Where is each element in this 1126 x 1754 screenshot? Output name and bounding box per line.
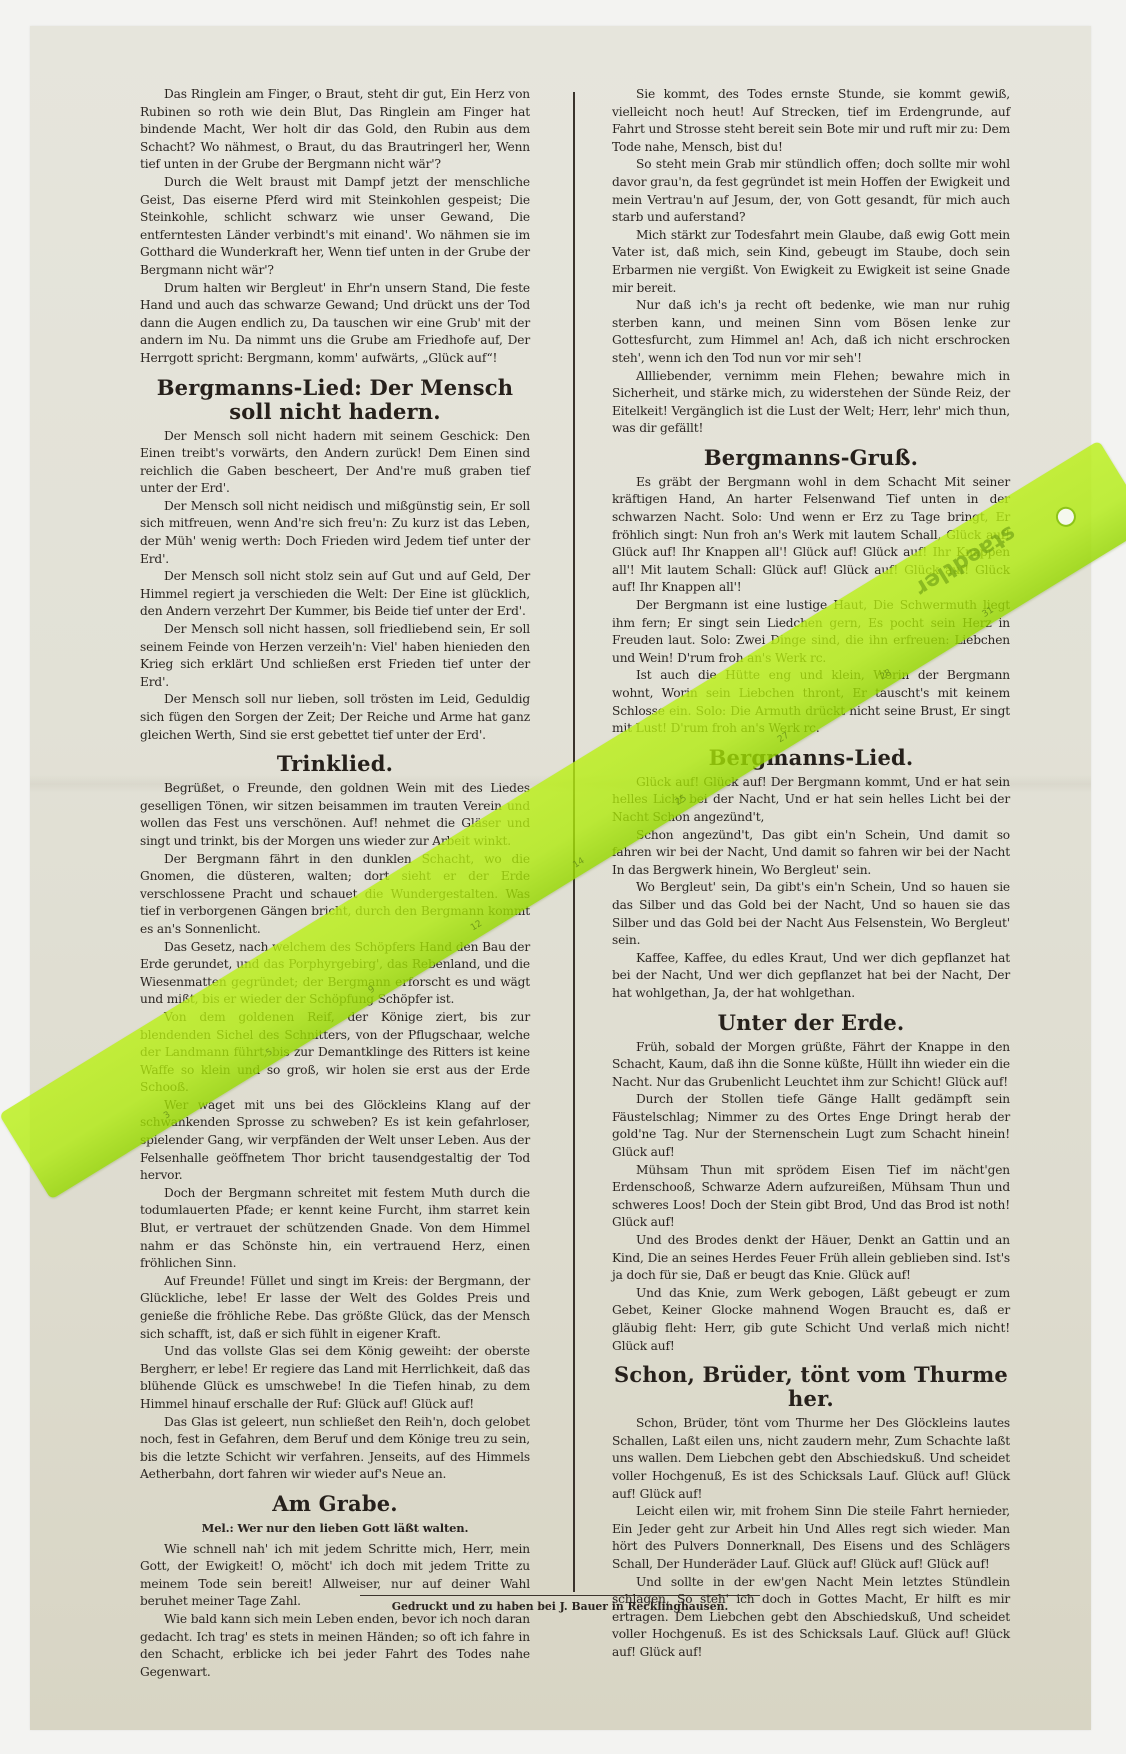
verse-paragraph: Der Mensch soll nicht hassen, soll fried… [140, 621, 530, 691]
verse-paragraph: Kaffee, Kaffee, du edles Kraut, Und wer … [612, 950, 1010, 1003]
ruler-tick-label: 5 [264, 1047, 274, 1059]
verse-paragraph: Mich stärkt zur Todesfahrt mein Glaube, … [612, 227, 1010, 297]
ruler-tick-label: 31 [981, 605, 996, 620]
ruler-tick-label: 25 [674, 793, 689, 808]
verse-paragraph: Der Mensch soll nur lieben, soll trösten… [140, 691, 530, 744]
verse-paragraph: Früh, sobald der Morgen grüßte, Fährt de… [612, 1039, 1010, 1092]
verse-paragraph: Nur daß ich's ja recht oft bedenke, wie … [612, 297, 1010, 367]
verse-paragraph: Und des Brodes denkt der Häuer, Denkt an… [612, 1232, 1010, 1285]
verse-paragraph: Allliebender, vernimm mein Flehen; bewah… [612, 368, 1010, 438]
song-title: Bergmanns-Lied: Der Mensch soll nicht ha… [140, 376, 530, 424]
song-title: Schon, Brüder, tönt vom Thurme her. [612, 1363, 1010, 1411]
verse-paragraph: Das Glas ist geleert, nun schließet den … [140, 1414, 530, 1484]
verse-paragraph: Mühsam Thun mit sprödem Eisen Tief im nä… [612, 1162, 1010, 1232]
ruler-tick-label: 14 [571, 856, 586, 871]
printer-imprint: Gedruckt und zu haben bei J. Bauer in Re… [360, 1600, 760, 1613]
right-text-column: Sie kommt, des Todes ernste Stunde, sie … [612, 86, 1010, 1662]
verse-paragraph: Drum halten wir Bergleut' in Ehr'n unser… [140, 280, 530, 368]
verse-paragraph: Schon angezünd't, Das gibt ein'n Schein,… [612, 827, 1010, 880]
verse-paragraph: Das Ringlein am Finger, o Braut, steht d… [140, 86, 530, 174]
song-title: Bergmanns-Gruß. [612, 446, 1010, 470]
ruler-hang-hole [1052, 503, 1080, 531]
verse-paragraph: Doch der Bergmann schreitet mit festem M… [140, 1185, 530, 1273]
verse-paragraph: So steht mein Grab mir stündlich offen; … [612, 156, 1010, 226]
song-title: Trinklied. [140, 752, 530, 776]
ruler-tick-label: 9 [367, 984, 377, 996]
verse-paragraph: Leicht eilen wir, mit frohem Sinn Die st… [612, 1503, 1010, 1573]
verse-paragraph: Durch der Stollen tiefe Gänge Hallt gedä… [612, 1091, 1010, 1161]
verse-paragraph: Der Mensch soll nicht neidisch und mißgü… [140, 498, 530, 568]
verse-paragraph: Der Mensch soll nicht hadern mit seinem … [140, 428, 530, 498]
footer-rule [360, 1595, 760, 1596]
verse-paragraph: Und das Knie, zum Werk gebogen, Läßt geb… [612, 1285, 1010, 1355]
melody-note: Mel.: Wer nur den lieben Gott läßt walte… [140, 1520, 530, 1538]
verse-paragraph: Wo Bergleut' sein, Da gibt's ein'n Schei… [612, 879, 1010, 949]
verse-paragraph: Wie bald kann sich mein Leben enden, bev… [140, 1611, 530, 1681]
ruler-tick-label: 27 [776, 731, 791, 746]
verse-paragraph: Schon, Brüder, tönt vom Thurme her Des G… [612, 1415, 1010, 1503]
verse-paragraph: Durch die Welt braust mit Dampf jetzt de… [140, 174, 530, 280]
song-title: Am Grabe. [140, 1492, 530, 1516]
verse-paragraph: Und sollte in der ew'gen Nacht Mein letz… [612, 1574, 1010, 1662]
ruler-tick-label: 12 [469, 919, 484, 934]
verse-paragraph: Wer waget mit uns bei des Glöckleins Kla… [140, 1097, 530, 1185]
verse-paragraph: Und das vollste Glas sei dem König gewei… [140, 1343, 530, 1413]
verse-paragraph: Sie kommt, des Todes ernste Stunde, sie … [612, 86, 1010, 156]
verse-paragraph: Auf Freunde! Füllet und singt im Kreis: … [140, 1273, 530, 1343]
song-title: Unter der Erde. [612, 1011, 1010, 1035]
verse-paragraph: Der Mensch soll nicht stolz sein auf Gut… [140, 568, 530, 621]
ruler-tick-label: 3 [162, 1110, 172, 1122]
ruler-tick-label: 28 [878, 668, 893, 683]
